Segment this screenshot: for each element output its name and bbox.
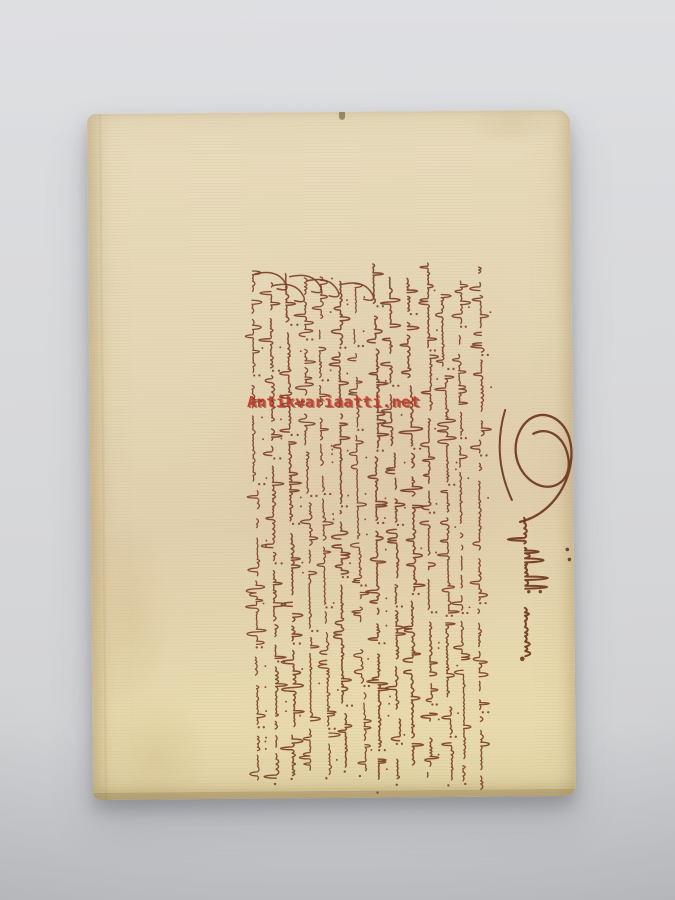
cover-stain [100, 693, 211, 800]
watermark-text: Antikvariaatti.net [247, 393, 420, 411]
cover-hinge-crease [99, 114, 108, 800]
handwriting-svg [242, 259, 576, 797]
handwritten-text-block [242, 259, 576, 797]
photo-backdrop: Antikvariaatti.net [0, 0, 675, 900]
cover-stain [467, 110, 557, 145]
book-back-cover [87, 110, 576, 800]
cover-nick [339, 112, 345, 120]
page-edges [93, 789, 576, 800]
